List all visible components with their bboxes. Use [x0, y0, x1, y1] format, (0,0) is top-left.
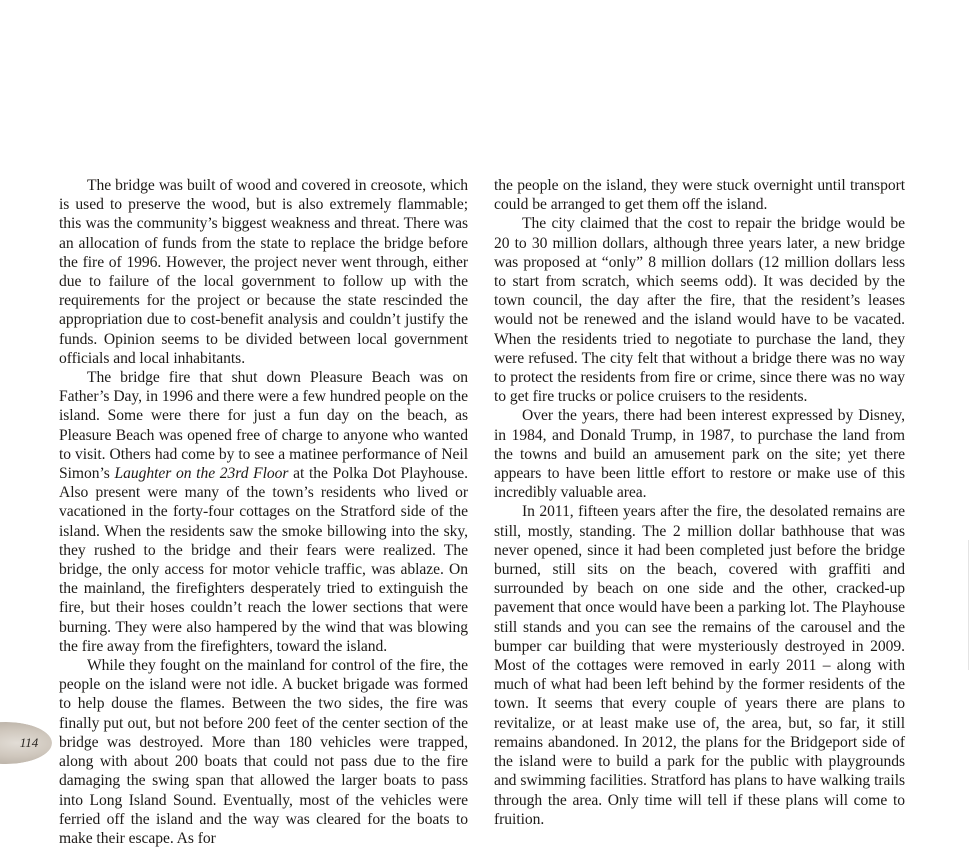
paragraph-repair-cost: The city claimed that the cost to repair…	[494, 214, 905, 406]
paragraph-remains-2011: In 2011, fifteen years after the fire, t…	[494, 502, 905, 828]
left-text-column: The bridge was built of wood and covered…	[59, 176, 468, 848]
paragraph-bridge-fire: The bridge fire that shut down Pleasure …	[59, 368, 468, 656]
book-page: The bridge was built of wood and covered…	[0, 0, 970, 864]
paragraph-continued: the people on the island, they were stuc…	[494, 176, 905, 214]
page-edge-divider	[968, 540, 969, 670]
paragraph-bridge-construction: The bridge was built of wood and covered…	[59, 176, 468, 368]
play-title: Laughter on the 23rd Floor	[114, 465, 288, 482]
paragraph-text: at the Polka Dot Playhouse. Also present…	[59, 465, 468, 655]
paragraph-purchase-interest: Over the years, there had been interest …	[494, 406, 905, 502]
paragraph-fighting-fire: While they fought on the mainland for co…	[59, 656, 468, 848]
page-number: 114	[17, 734, 41, 752]
right-text-column: the people on the island, they were stuc…	[494, 176, 905, 829]
